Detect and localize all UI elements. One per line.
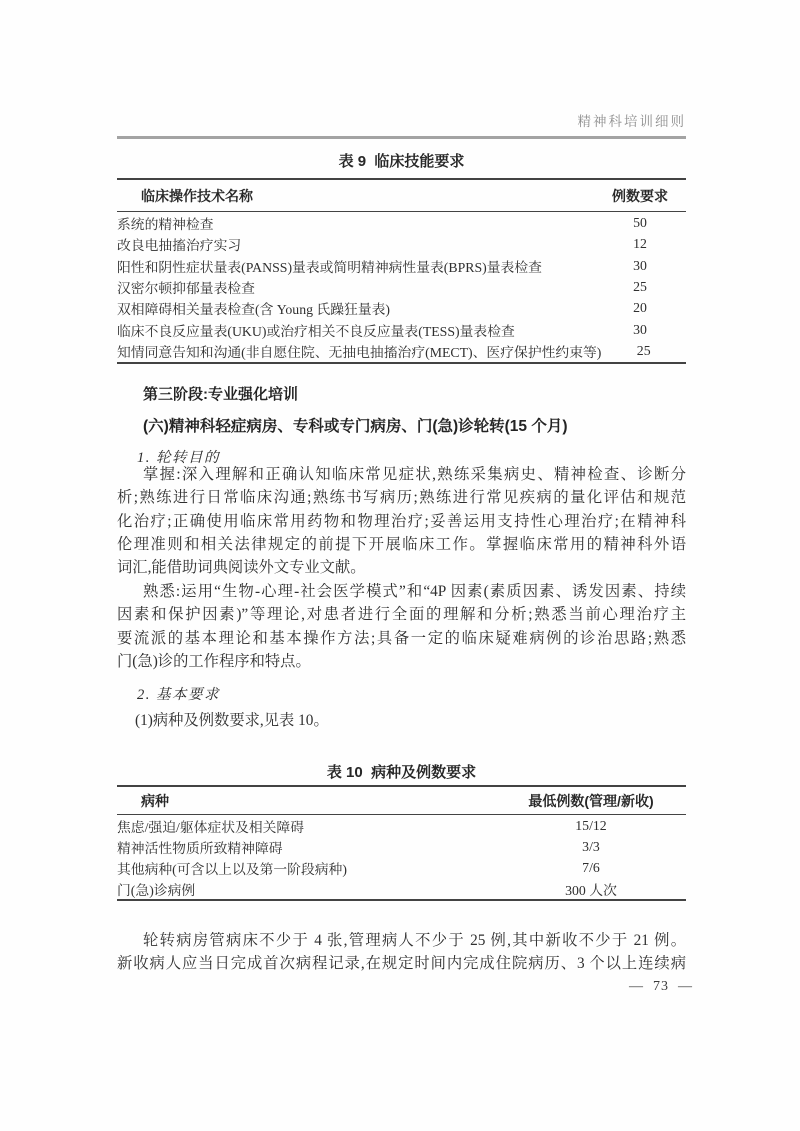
paragraph-line: 化治疗;正确使用临床常用药物和物理治疗;妥善运用支持性心理治疗;在精神科 <box>117 510 686 533</box>
row-disease-name: 焦虑/强迫/躯体症状及相关障碍 <box>117 816 496 836</box>
paragraph-line: 门(急)诊的工作程序和特点。 <box>117 650 686 673</box>
item-disease-case-requirements: (1)病种及例数要求,见表 10。 <box>117 708 686 730</box>
table-row: 精神活性物质所致精神障碍 3/3 <box>117 836 686 857</box>
paragraph-line: 析;熟练进行日常临床沟通;熟练书写病历;熟练进行常见疾病的量化评估和规范 <box>117 486 686 509</box>
row-procedure-name: 系统的精神检查 <box>117 213 594 233</box>
row-case-count: 30 <box>594 322 686 338</box>
table10-header-row: 病种 最低例数(管理/新收) <box>117 787 686 815</box>
row-case-count: 25 <box>594 279 686 295</box>
row-min-case-count: 300 人次 <box>496 879 686 899</box>
table9-header-row: 临床操作技术名称 例数要求 <box>117 180 686 212</box>
table-row: 阳性和阴性症状量表(PANSS)量表或简明精神病性量表(BPRS)量表检查 30 <box>117 255 686 276</box>
table9-title: 表 9 临床技能要求 <box>117 150 686 171</box>
paragraph-line: 轮转病房管病床不少于 4 张,管理病人不少于 25 例,其中新收不少于 21 例… <box>117 929 686 952</box>
row-min-case-count: 15/12 <box>496 818 686 834</box>
row-procedure-name: 改良电抽搐治疗实习 <box>117 234 594 254</box>
table-row: 临床不良反应量表(UKU)或治疗相关不良反应量表(TESS)量表检查 30 <box>117 319 686 340</box>
paragraph-line: 要流派的基本理论和基本操作方法;具备一定的临床疑难病例的诊治思路;熟悉 <box>117 627 686 650</box>
paragraph-familiarity: 熟悉:运用“生物-心理-社会医学模式”和“4P 因素(素质因素、诱发因素、持续 … <box>117 580 686 673</box>
paragraph-line: 伦理准则和相关法律规定的前提下开展临床工作。掌握临床常用的精神科外语 <box>117 533 686 556</box>
paragraph-line: 熟悉:运用“生物-心理-社会医学模式”和“4P 因素(素质因素、诱发因素、持续 <box>117 580 686 603</box>
row-disease-name: 精神活性物质所致精神障碍 <box>117 837 496 857</box>
row-procedure-name: 阳性和阴性症状量表(PANSS)量表或简明精神病性量表(BPRS)量表检查 <box>117 256 594 276</box>
paragraph-mastery: 掌握:深入理解和正确认知临床常见症状,熟练采集病史、精神检查、诊断分 析;熟练进… <box>117 463 686 579</box>
subheading-basic-requirements: 2. 基本要求 <box>117 683 686 704</box>
paragraph-line: 新收病人应当日完成首次病程记录,在规定时间内完成住院病历、3 个以上连续病 <box>117 952 686 975</box>
paragraph-line: 掌握:深入理解和正确认知临床常见症状,熟练采集病史、精神检查、诊断分 <box>117 463 686 486</box>
table-row: 改良电抽搐治疗实习 12 <box>117 233 686 254</box>
row-case-count: 25 <box>601 343 686 359</box>
table10-col-name-header: 病种 <box>117 791 496 811</box>
table-row: 系统的精神检查 50 <box>117 212 686 233</box>
paragraph-ward-rotation: 轮转病房管病床不少于 4 张,管理病人不少于 25 例,其中新收不少于 21 例… <box>117 929 686 976</box>
table9-col-value-header: 例数要求 <box>594 186 686 206</box>
table10-title: 表 10 病种及例数要求 <box>117 761 686 782</box>
row-case-count: 20 <box>594 300 686 316</box>
row-procedure-name: 双相障碍相关量表检查(含 Young 氏躁狂量表) <box>117 298 594 318</box>
row-disease-name: 门(急)诊病例 <box>117 879 496 899</box>
document-page: 精神科培训细则 表 9 临床技能要求 临床操作技术名称 例数要求 系统的精神检查… <box>0 0 800 1131</box>
row-case-count: 50 <box>594 215 686 231</box>
table-row: 焦虑/强迫/躯体症状及相关障碍 15/12 <box>117 815 686 836</box>
row-case-count: 30 <box>594 258 686 274</box>
page-content: 精神科培训细则 表 9 临床技能要求 临床操作技术名称 例数要求 系统的精神检查… <box>117 0 686 1131</box>
paragraph-line: 词汇,能借助词典阅读外文专业文献。 <box>117 556 686 579</box>
table9-body: 系统的精神检查 50 改良电抽搐治疗实习 12 阳性和阴性症状量表(PANSS)… <box>117 212 686 362</box>
page-number: — 73 — <box>629 979 693 995</box>
table9-col-name-header: 临床操作技术名称 <box>117 186 594 206</box>
table-row: 其他病种(可含以上以及第一阶段病种) 7/6 <box>117 857 686 878</box>
header-rule <box>117 136 686 139</box>
running-header-title: 精神科培训细则 <box>578 110 687 130</box>
row-procedure-name: 汉密尔顿抑郁量表检查 <box>117 277 594 297</box>
table10-col-value-header: 最低例数(管理/新收) <box>496 791 686 811</box>
table-row: 汉密尔顿抑郁量表检查 25 <box>117 276 686 297</box>
table-row: 双相障碍相关量表检查(含 Young 氏躁狂量表) 20 <box>117 298 686 319</box>
rotation-heading: (六)精神科轻症病房、专科或专门病房、门(急)诊轮转(15 个月) <box>117 414 686 436</box>
paragraph-line: 因素和保护因素)”等理论,对患者进行全面的理解和分析;熟悉当前心理治疗主 <box>117 603 686 626</box>
row-min-case-count: 3/3 <box>496 839 686 855</box>
row-disease-name: 其他病种(可含以上以及第一阶段病种) <box>117 858 496 878</box>
table10-body: 焦虑/强迫/躯体症状及相关障碍 15/12 精神活性物质所致精神障碍 3/3 其… <box>117 815 686 899</box>
row-procedure-name: 知情同意告知和沟通(非自愿住院、无抽电抽搐治疗(MECT)、医疗保护性约束等) <box>117 341 601 361</box>
table9: 临床操作技术名称 例数要求 系统的精神检查 50 改良电抽搐治疗实习 12 <box>117 178 686 364</box>
row-procedure-name: 临床不良反应量表(UKU)或治疗相关不良反应量表(TESS)量表检查 <box>117 320 594 340</box>
stage-heading: 第三阶段:专业强化培训 <box>117 383 686 404</box>
row-min-case-count: 7/6 <box>496 860 686 876</box>
table-row: 知情同意告知和沟通(非自愿住院、无抽电抽搐治疗(MECT)、医疗保护性约束等) … <box>117 341 686 362</box>
table-row: 门(急)诊病例 300 人次 <box>117 878 686 899</box>
table10: 病种 最低例数(管理/新收) 焦虑/强迫/躯体症状及相关障碍 15/12 精神活… <box>117 785 686 901</box>
row-case-count: 12 <box>594 236 686 252</box>
